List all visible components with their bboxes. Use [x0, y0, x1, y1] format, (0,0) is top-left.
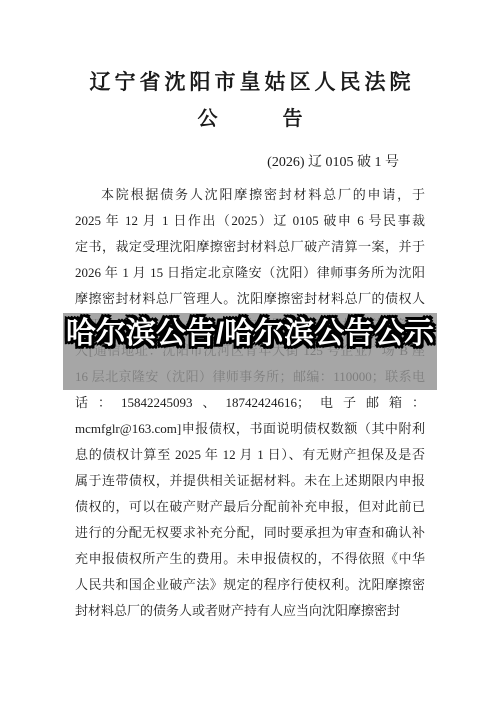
- body-line: 人民共和国企业破产法》规定的程序行使权利。沈阳摩擦密: [75, 572, 425, 598]
- body-line: 充申报债权所产生的费用。未申报债权的，不得依照《中华: [75, 546, 425, 572]
- body-line: 息的债权计算至 2025 年 12 月 1 日）、有无财产担保及是否: [75, 442, 425, 468]
- body-line: 摩擦密封材料总厂管理人。沈阳摩擦密封材料总厂的债权人: [75, 286, 425, 312]
- watermark-text: 哈尔滨公告/哈尔滨公告公示: [64, 316, 436, 352]
- body-line: 封材料总厂的债务人或者财产持有人应当向沈阳摩擦密封: [75, 598, 425, 624]
- announcement-body: 本院根据债务人沈阳摩擦密封材料总厂的申请，于 2025 年 12 月 1 日作出…: [75, 182, 425, 624]
- body-line: 属于连带债权，并提供相关证据材料。未在上述期限内申报: [75, 468, 425, 494]
- body-line: 债权的，可以在破产财产最后分配前补充申报，但对此前已: [75, 494, 425, 520]
- body-line: 话：15842245093、18742424616；电子邮箱：: [75, 390, 425, 416]
- notice-title-char-right: 告: [283, 102, 303, 131]
- body-line: 进行的分配无权要求补充分配，同时要承担为审查和确认补: [75, 520, 425, 546]
- body-line: 2025 年 12 月 1 日作出（2025）辽 0105 破申 6 号民事裁: [75, 208, 425, 234]
- announcement-page: 辽宁省沈阳市皇姑区人民法院 公 告 (2026) 辽 0105 破 1 号 本院…: [0, 0, 500, 706]
- notice-title-char-left: 公: [198, 102, 218, 131]
- body-line: 2026 年 1 月 15 日指定北京隆安（沈阳）律师事务所为沈阳: [75, 260, 425, 286]
- body-line: 定书，裁定受理沈阳摩擦密封材料总厂破产清算一案，并于: [75, 234, 425, 260]
- body-line: mcmfglr@163.com]申报债权，书面说明债权数额（其中附利: [75, 416, 425, 442]
- court-name: 辽宁省沈阳市皇姑区人民法院: [0, 66, 500, 96]
- body-line: 本院根据债务人沈阳摩擦密封材料总厂的申请，于: [75, 182, 425, 208]
- notice-title: 公 告: [0, 102, 500, 131]
- case-number: (2026) 辽 0105 破 1 号: [75, 151, 425, 171]
